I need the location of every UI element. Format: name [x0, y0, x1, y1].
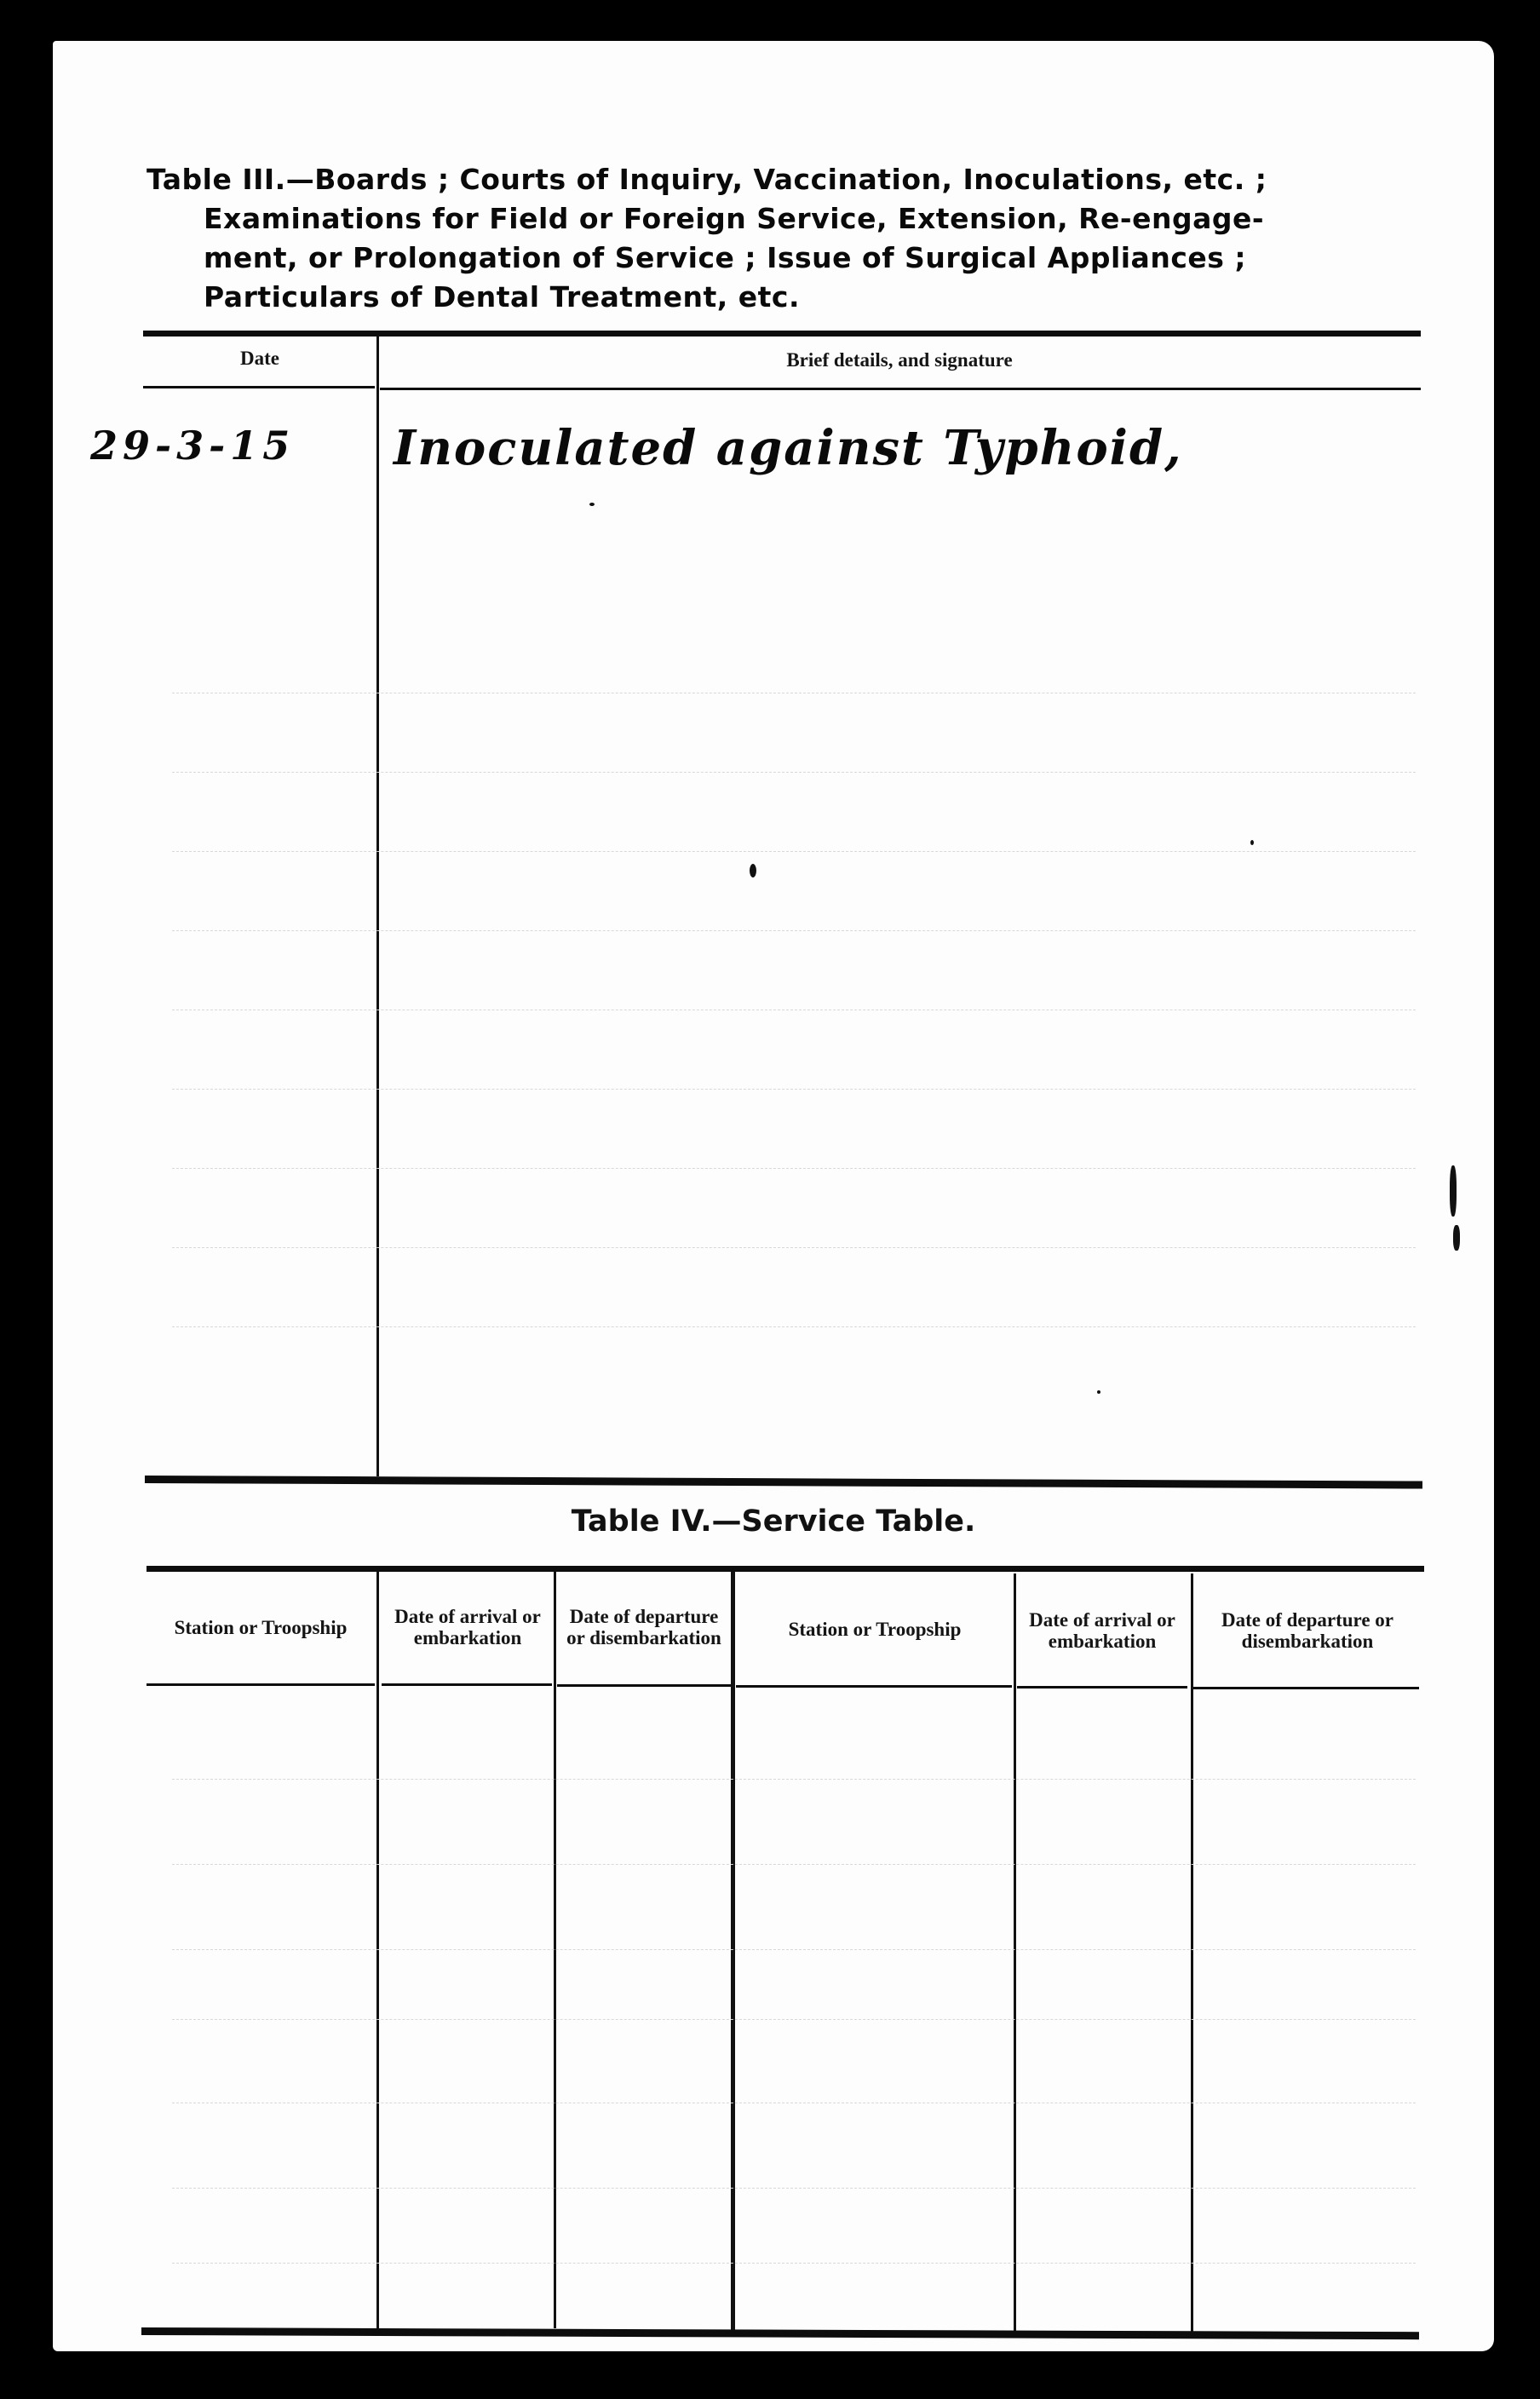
table4-top-rule — [147, 1566, 1424, 1572]
table4-header-rule — [147, 1683, 375, 1686]
ruled-line — [172, 1864, 1416, 1865]
ruled-line — [172, 2188, 1416, 2189]
ruled-line — [172, 930, 1416, 931]
table3-header-rule-right — [380, 388, 1421, 390]
table4-column-divider — [1191, 1573, 1193, 2333]
table3-column-divider — [376, 337, 379, 1476]
table4-header-rule — [1017, 1686, 1187, 1689]
ruled-line — [172, 1010, 1416, 1010]
ruled-line — [172, 1326, 1416, 1327]
table3-top-rule — [143, 331, 1421, 337]
table4-title: Table IV.—Service Table. — [53, 1504, 1494, 1539]
table4-column-divider — [376, 1572, 379, 2328]
table4-column-divider — [731, 1572, 735, 2330]
ink-speck — [750, 864, 756, 877]
ruled-line — [172, 1247, 1416, 1248]
ink-speck — [589, 503, 595, 506]
table3-title-line-1: Table III.—Boards ; Courts of Inquiry, V… — [147, 160, 1441, 199]
table3-title-line-2: Examinations for Field or Foreign Servic… — [147, 199, 1441, 239]
ruled-line — [172, 2103, 1416, 2103]
table3-row-details: Inoculated against Typhoid, — [394, 420, 1183, 476]
table4-header-departure-2: Date of departure or disembarkation — [1196, 1578, 1419, 1683]
table4-header-station-1: Station or Troopship — [147, 1574, 375, 1680]
table4-header-rule — [557, 1684, 731, 1687]
ink-speck — [1453, 1225, 1460, 1251]
record-page: Table III.—Boards ; Courts of Inquiry, V… — [53, 41, 1494, 2351]
table3-title: Table III.—Boards ; Courts of Inquiry, V… — [147, 160, 1441, 317]
table4-header-departure-1: Date of departure or disembarkation — [559, 1574, 729, 1680]
ruled-line — [172, 2263, 1416, 2264]
table4-header-rule — [1192, 1687, 1419, 1689]
table3-title-line-4: Particulars of Dental Treatment, etc. — [147, 278, 1441, 317]
table3-header-date: Date — [143, 348, 376, 370]
ruled-line — [172, 851, 1416, 852]
ink-speck — [1250, 840, 1254, 845]
ruled-line — [172, 1168, 1416, 1169]
ruled-line — [172, 693, 1416, 693]
table4-bottom-rule — [141, 2327, 1419, 2339]
table4-header-station-2: Station or Troopship — [738, 1576, 1011, 1682]
table4-header-rule — [382, 1683, 552, 1686]
table4-header-arrival-2: Date of arrival or embarkation — [1017, 1578, 1187, 1683]
table3-header-rule-left — [143, 386, 375, 388]
ink-speck — [1097, 1390, 1100, 1394]
ruled-line — [172, 1089, 1416, 1090]
table3-bottom-rule — [145, 1476, 1422, 1489]
table4-header-rule — [736, 1685, 1012, 1688]
table3-header-details: Brief details, and signature — [378, 349, 1421, 371]
table3-title-line-3: ment, or Prolongation of Service ; Issue… — [147, 239, 1441, 278]
ink-speck — [1450, 1165, 1457, 1217]
table4-column-divider — [554, 1572, 556, 2328]
table4-column-divider — [1014, 1573, 1016, 2332]
ruled-line — [172, 1779, 1416, 1780]
ruled-line — [172, 1949, 1416, 1950]
ruled-line — [172, 772, 1416, 773]
table3-row-date: 29-3-15 — [90, 423, 295, 469]
table4-header-arrival-1: Date of arrival or embarkation — [387, 1574, 549, 1680]
ruled-line — [172, 2019, 1416, 2020]
